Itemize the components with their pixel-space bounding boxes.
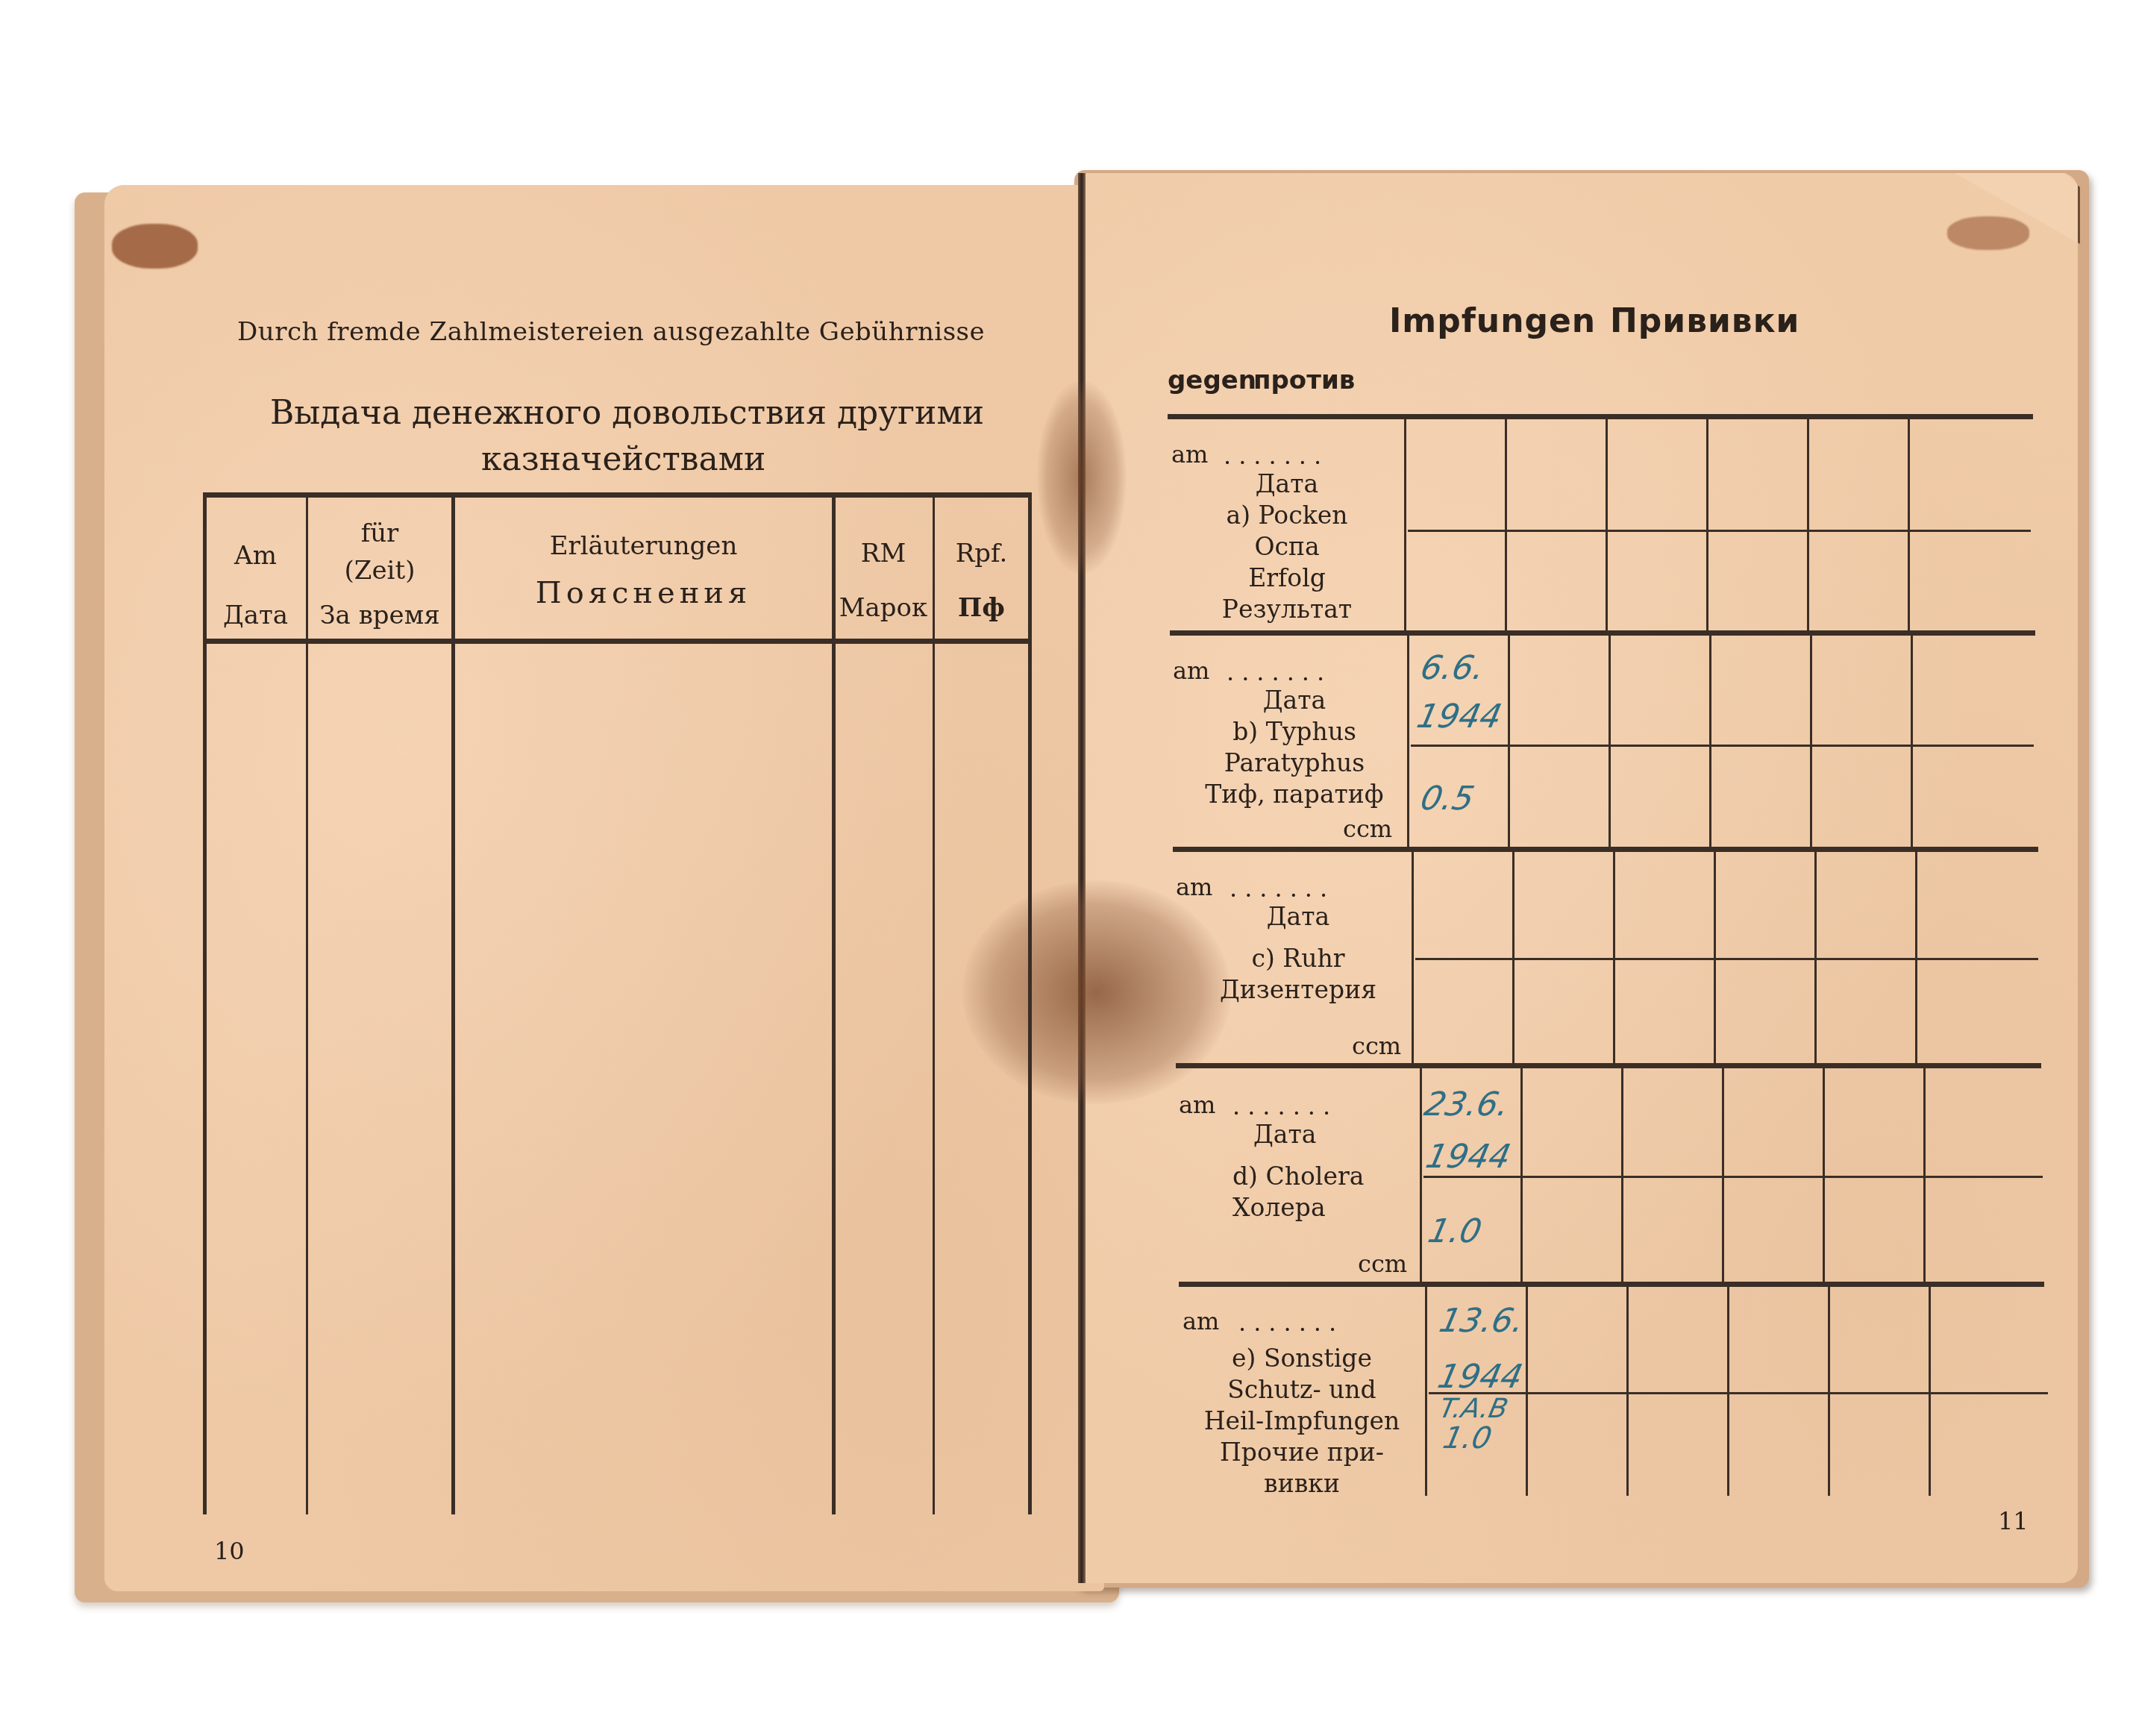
col-header-marks-ru: Марок (834, 593, 933, 623)
ccm-label: ccm (1358, 1250, 1407, 1278)
grid-col-line (1508, 636, 1510, 847)
handwritten-year-b: 1944 (1414, 698, 1506, 736)
grid-col-line (1706, 419, 1708, 630)
handwritten-dose-b: 0.5 (1418, 780, 1478, 818)
grid-col-line (1810, 636, 1812, 847)
handwritten-year-d: 1944 (1423, 1138, 1515, 1176)
grid-col-line (1526, 1287, 1528, 1496)
section-e-label: e) Sonstige Schutz- und Heil-Impfungen П… (1190, 1343, 1414, 1500)
grid-border (1173, 847, 2038, 852)
date-dots: ....... (1227, 658, 1332, 686)
handwritten-dose-e: 1.0 (1440, 1421, 1494, 1455)
table-header-border (203, 639, 1030, 644)
left-title-russian-line1: Выдача денежного довольствия другими (270, 394, 984, 432)
grid-border (1168, 414, 2033, 419)
grid-col-line (1807, 419, 1809, 630)
col-header-erlaeuterungen: Erläuterungen (455, 531, 832, 561)
table-col-line (933, 492, 935, 1514)
date-dots: ....... (1224, 442, 1329, 470)
subtitle-protiv: против (1253, 366, 1355, 395)
page-number-left: 10 (214, 1537, 245, 1565)
section-c-label: Дата c) Ruhr Дизентерия (1190, 901, 1406, 1006)
table-col-line (832, 492, 836, 1514)
stain-top-left (112, 224, 198, 269)
grid-col-line (1425, 1287, 1427, 1496)
col-header-rpf: Rpf. (935, 539, 1028, 568)
am-label: am (1183, 1307, 1219, 1335)
handwritten-dose-d: 1.0 (1425, 1212, 1485, 1250)
am-label: am (1179, 1091, 1215, 1119)
table-col-line (203, 492, 207, 1514)
right-title-russian: Прививки (1610, 302, 1799, 340)
grid-col-line (1709, 636, 1711, 847)
am-label: am (1176, 873, 1212, 901)
grid-col-line (1505, 419, 1507, 630)
page-number-right: 11 (1998, 1507, 2029, 1535)
grid-col-line (1621, 1068, 1623, 1282)
date-dots: ....... (1232, 1092, 1338, 1121)
grid-col-line (1828, 1287, 1830, 1496)
handwritten-year-e: 1944 (1435, 1358, 1526, 1396)
ccm-label: ccm (1352, 1032, 1401, 1060)
grid-col-line (1412, 852, 1414, 1063)
col-header-rm: RM (834, 539, 933, 568)
handwritten-date-e: 13.6. (1436, 1302, 1528, 1340)
section-a-label: Дата a) Pocken Оспа Erfolg Результат (1179, 469, 1395, 625)
grid-col-line (1722, 1068, 1724, 1282)
col-header-notes-ru: Пояснения (455, 576, 832, 610)
grid-col-line (1626, 1287, 1629, 1496)
grid-mid-line (1408, 530, 2031, 532)
right-title-german: Impfungen (1389, 302, 1596, 340)
grid-col-line (1609, 636, 1611, 847)
handwritten-date-b: 6.6. (1418, 649, 1488, 687)
grid-col-line (1911, 636, 1913, 847)
table-col-line (1028, 492, 1032, 1514)
col-header-am: Am (205, 541, 306, 571)
grid-border (1179, 1282, 2044, 1287)
subtitle-gegen: gegen (1168, 366, 1256, 395)
grid-col-line (1908, 419, 1910, 630)
grid-col-line (1407, 636, 1409, 847)
grid-col-line (1727, 1287, 1729, 1496)
handwritten-date-d: 23.6. (1421, 1085, 1513, 1124)
table-col-line (451, 492, 455, 1514)
date-dots: ....... (1230, 874, 1335, 903)
table-col-line (306, 492, 308, 1514)
grid-col-line (1520, 1068, 1523, 1282)
handwritten-type-e: T.A.B (1437, 1394, 1511, 1424)
col-header-date-ru: Дата (205, 601, 306, 630)
stain-spine-upper (1037, 380, 1127, 574)
grid-col-line (1823, 1068, 1825, 1282)
am-label: am (1173, 657, 1209, 685)
grid-col-line (1923, 1068, 1926, 1282)
col-header-pf-ru: Пф (935, 593, 1028, 623)
col-header-zeit: (Zeit) (308, 556, 451, 586)
section-b-label: Дата b) Typhus Paratyphus Тиф, паратиф (1186, 685, 1403, 810)
ccm-label: ccm (1343, 815, 1392, 843)
grid-mid-line (1423, 1176, 2043, 1178)
grid-border (1176, 1063, 2041, 1068)
grid-mid-line (1429, 1392, 2048, 1394)
table-top-border (203, 492, 1030, 498)
grid-mid-line (1415, 958, 2038, 960)
grid-col-line (1404, 419, 1406, 630)
left-title-german: Durch fremde Zahlmeistereien ausgezahlte… (237, 317, 985, 347)
stain-top-right (1947, 216, 2029, 250)
left-title-russian-line2: казначействами (481, 440, 765, 478)
grid-mid-line (1411, 745, 2034, 747)
grid-col-line (1420, 1068, 1422, 1282)
col-header-fur: für (308, 518, 451, 548)
date-dots: ....... (1238, 1309, 1344, 1337)
grid-col-line (1606, 419, 1608, 630)
am-label: am (1171, 440, 1208, 469)
grid-col-line (1929, 1287, 1931, 1496)
section-d-label: Дата d) Cholera Холера (1194, 1119, 1410, 1223)
col-header-time-ru: За время (308, 601, 451, 630)
grid-border (1170, 630, 2035, 636)
